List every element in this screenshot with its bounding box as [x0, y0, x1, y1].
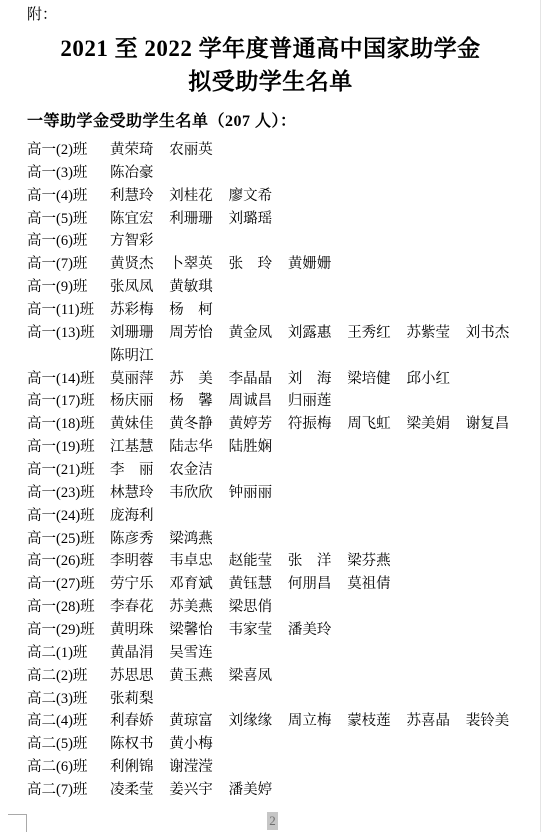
student-name: 苏喜晶 [406, 710, 465, 733]
student-name: 谢滢滢 [169, 756, 228, 779]
class-label: 高一(21)班 [27, 459, 110, 482]
class-label: 高一(19)班 [27, 436, 110, 459]
roster-row: 高一(19)班江基慧陆志华陆胜娴 [27, 436, 532, 459]
student-names: 黄晶涓吴雪连 [110, 642, 532, 665]
student-name: 韦卓忠 [169, 550, 228, 573]
class-label: 高一(14)班 [27, 368, 110, 391]
student-names: 江基慧陆志华陆胜娴 [110, 436, 532, 459]
class-label: 高二(5)班 [27, 733, 110, 756]
text-boundary-corner-mark [8, 814, 27, 832]
title-line-2: 拟受助学生名单 [0, 65, 541, 98]
student-name: 刘 海 [288, 368, 347, 391]
student-name: 韦欣欣 [169, 482, 228, 505]
roster-row: 高二(4)班利春娇黄琼富刘缘缘周立梅蒙枝莲苏喜晶裴铃美 [27, 710, 532, 733]
student-name: 陈宜宏 [110, 208, 169, 231]
student-name: 利珊珊 [169, 208, 228, 231]
page-number: 2 [267, 812, 278, 830]
roster-row: 高一(18)班黄妹佳黄冬静黄婷芳符振梅周飞虹梁美娟谢复昌 [27, 413, 532, 436]
student-name: 黄荣琦 [110, 139, 169, 162]
student-name: 林慧玲 [110, 482, 169, 505]
student-name: 潘美婷 [229, 779, 288, 802]
student-name: 陈冶豪 [110, 162, 169, 185]
student-name: 黄小梅 [169, 733, 228, 756]
roster-row: 高一(26)班李明蓉韦卓忠赵能莹张 洋梁芬燕 [27, 550, 532, 573]
class-label: 高一(26)班 [27, 550, 110, 573]
class-label: 高二(4)班 [27, 710, 110, 733]
class-label: 高一(5)班 [27, 208, 110, 231]
student-names: 刘珊珊周芳怡黄金凤刘露惠王秀红苏紫莹刘书杰陈明江 [110, 322, 532, 368]
student-names: 黄明珠梁馨怡韦家莹潘美玲 [110, 619, 532, 642]
student-name: 莫丽萍 [110, 368, 169, 391]
student-names: 方智彩 [110, 230, 532, 253]
roster-row: 高一(6)班方智彩 [27, 230, 532, 253]
student-names: 苏彩梅杨 柯 [110, 299, 532, 322]
student-name: 利俐锦 [110, 756, 169, 779]
student-name: 吴雪连 [169, 642, 228, 665]
student-name: 黄妹佳 [110, 413, 169, 436]
class-label: 高一(25)班 [27, 528, 110, 551]
roster-row: 高一(13)班刘珊珊周芳怡黄金凤刘露惠王秀红苏紫莹刘书杰陈明江 [27, 322, 532, 368]
class-label: 高一(24)班 [27, 505, 110, 528]
student-name: 杨庆丽 [110, 390, 169, 413]
student-name: 黄晶涓 [110, 642, 169, 665]
student-name: 黄钰慧 [229, 573, 288, 596]
student-name: 梁鸿燕 [169, 528, 228, 551]
student-name: 苏思思 [110, 665, 169, 688]
roster-row: 高二(7)班凌柔莹姜兴宇潘美婷 [27, 779, 532, 802]
student-name: 黄冬静 [169, 413, 228, 436]
roster-row: 高一(29)班黄明珠梁馨怡韦家莹潘美玲 [27, 619, 532, 642]
student-names: 莫丽萍苏 美李晶晶刘 海梁培健邱小红 [110, 368, 532, 391]
class-label: 高二(7)班 [27, 779, 110, 802]
class-label: 高一(2)班 [27, 139, 110, 162]
student-name: 裴铃美 [466, 710, 525, 733]
student-name: 劳宁乐 [110, 573, 169, 596]
student-name: 韦家莹 [229, 619, 288, 642]
student-name: 陈明江 [110, 345, 169, 368]
class-label: 高一(27)班 [27, 573, 110, 596]
student-names: 陈彦秀梁鸿燕 [110, 528, 532, 551]
student-name: 农丽英 [169, 139, 228, 162]
student-name: 利慧玲 [110, 185, 169, 208]
student-name: 苏美燕 [169, 596, 228, 619]
student-name: 黄金凤 [229, 322, 288, 345]
student-name: 刘缘缘 [229, 710, 288, 733]
student-names: 利慧玲刘桂花廖文希 [110, 185, 532, 208]
roster-row: 高一(3)班陈冶豪 [27, 162, 532, 185]
student-name: 蒙枝莲 [347, 710, 406, 733]
student-names: 黄荣琦农丽英 [110, 139, 532, 162]
student-name: 归丽莲 [288, 390, 347, 413]
student-name: 卜翠英 [169, 253, 228, 276]
class-label: 高二(6)班 [27, 756, 110, 779]
student-name: 农金洁 [169, 459, 228, 482]
student-names: 苏思思黄玉燕梁喜凤 [110, 665, 532, 688]
student-name: 方智彩 [110, 230, 169, 253]
class-label: 高一(13)班 [27, 322, 110, 345]
class-label: 高二(2)班 [27, 665, 110, 688]
roster-row: 高一(25)班陈彦秀梁鸿燕 [27, 528, 532, 551]
student-name: 潘美玲 [288, 619, 347, 642]
roster-row: 高一(7)班黄贤杰卜翠英张 玲黄姗姗 [27, 253, 532, 276]
student-name: 廖文希 [229, 185, 288, 208]
document-title: 2021 至 2022 学年度普通高中国家助学金 拟受助学生名单 [0, 32, 541, 98]
student-names: 凌柔莹姜兴宇潘美婷 [110, 779, 532, 802]
student-names: 李 丽农金洁 [110, 459, 532, 482]
student-name: 邓育斌 [169, 573, 228, 596]
roster-row: 高二(5)班陈权书黄小梅 [27, 733, 532, 756]
student-name: 刘露惠 [288, 322, 347, 345]
class-label: 高一(29)班 [27, 619, 110, 642]
roster-row: 高一(21)班李 丽农金洁 [27, 459, 532, 482]
student-names: 黄妹佳黄冬静黄婷芳符振梅周飞虹梁美娟谢复昌 [110, 413, 532, 436]
student-name: 周芳怡 [169, 322, 228, 345]
student-name: 刘桂花 [169, 185, 228, 208]
roster-row: 高一(11)班苏彩梅杨 柯 [27, 299, 532, 322]
student-name: 黄玉燕 [169, 665, 228, 688]
roster-row: 高一(28)班李春花苏美燕梁思俏 [27, 596, 532, 619]
attachment-label: 附： [27, 6, 57, 25]
class-label: 高一(23)班 [27, 482, 110, 505]
student-name: 梁芬燕 [347, 550, 406, 573]
student-names: 林慧玲韦欣欣钟丽丽 [110, 482, 532, 505]
roster-row: 高一(17)班杨庆丽杨 馨周诚昌归丽莲 [27, 390, 532, 413]
student-name: 刘璐瑶 [229, 208, 288, 231]
student-name: 赵能莹 [229, 550, 288, 573]
student-name: 黄婷芳 [229, 413, 288, 436]
student-names: 利俐锦谢滢滢 [110, 756, 532, 779]
class-label: 高一(18)班 [27, 413, 110, 436]
class-label: 高一(11)班 [27, 299, 110, 322]
student-name: 梁美娟 [406, 413, 465, 436]
student-names: 李明蓉韦卓忠赵能莹张 洋梁芬燕 [110, 550, 532, 573]
student-name: 李晶晶 [229, 368, 288, 391]
roster-row: 高一(9)班张凤凤黄敏琪 [27, 276, 532, 299]
class-label: 高一(4)班 [27, 185, 110, 208]
student-names: 杨庆丽杨 馨周诚昌归丽莲 [110, 390, 532, 413]
student-name: 梁培健 [347, 368, 406, 391]
roster-row: 高二(3)班张莉梨 [27, 688, 532, 711]
student-names: 庞海利 [110, 505, 532, 528]
class-label: 高一(9)班 [27, 276, 110, 299]
student-name: 李明蓉 [110, 550, 169, 573]
student-name: 梁喜凤 [229, 665, 288, 688]
roster-row: 高一(14)班莫丽萍苏 美李晶晶刘 海梁培健邱小红 [27, 368, 532, 391]
class-label: 高二(1)班 [27, 642, 110, 665]
student-name: 黄贤杰 [110, 253, 169, 276]
student-name: 张莉梨 [110, 688, 169, 711]
class-label: 高二(3)班 [27, 688, 110, 711]
class-label: 高一(28)班 [27, 596, 110, 619]
student-name: 苏紫莹 [406, 322, 465, 345]
roster-row: 高一(27)班劳宁乐邓育斌黄钰慧何朋昌莫祖倩 [27, 573, 532, 596]
student-name: 邱小红 [406, 368, 465, 391]
class-label: 高一(6)班 [27, 230, 110, 253]
student-names: 陈宜宏利珊珊刘璐瑶 [110, 208, 532, 231]
student-name: 黄明珠 [110, 619, 169, 642]
student-name: 刘珊珊 [110, 322, 169, 345]
student-roster: 高一(2)班黄荣琦农丽英高一(3)班陈冶豪高一(4)班利慧玲刘桂花廖文希高一(5… [27, 139, 532, 802]
student-name: 陆胜娴 [229, 436, 288, 459]
student-name: 李 丽 [110, 459, 169, 482]
title-line-1: 2021 至 2022 学年度普通高中国家助学金 [0, 32, 541, 65]
student-name: 苏 美 [169, 368, 228, 391]
student-names: 张莉梨 [110, 688, 532, 711]
class-label: 高一(7)班 [27, 253, 110, 276]
student-name: 梁思俏 [229, 596, 288, 619]
roster-row: 高一(4)班利慧玲刘桂花廖文希 [27, 185, 532, 208]
class-label: 高一(3)班 [27, 162, 110, 185]
student-name: 陈权书 [110, 733, 169, 756]
student-name: 王秀红 [347, 322, 406, 345]
student-name: 陆志华 [169, 436, 228, 459]
student-names: 李春花苏美燕梁思俏 [110, 596, 532, 619]
section-heading: 一等助学金受助学生名单（207 人）： [27, 108, 297, 131]
student-name: 杨 柯 [169, 299, 228, 322]
student-name: 姜兴宇 [169, 779, 228, 802]
student-name: 谢复昌 [466, 413, 525, 436]
student-name: 钟丽丽 [229, 482, 288, 505]
student-name: 江基慧 [110, 436, 169, 459]
roster-row: 高一(2)班黄荣琦农丽英 [27, 139, 532, 162]
student-name: 李春花 [110, 596, 169, 619]
student-names: 陈冶豪 [110, 162, 532, 185]
student-name: 利春娇 [110, 710, 169, 733]
student-name: 张凤凤 [110, 276, 169, 299]
student-name: 杨 馨 [169, 390, 228, 413]
student-name: 刘书杰 [466, 322, 525, 345]
roster-row: 高一(5)班陈宜宏利珊珊刘璐瑶 [27, 208, 532, 231]
document-page: 附： 2021 至 2022 学年度普通高中国家助学金 拟受助学生名单 一等助学… [0, 0, 541, 832]
student-name: 陈彦秀 [110, 528, 169, 551]
student-name: 张 洋 [288, 550, 347, 573]
student-name: 黄姗姗 [288, 253, 347, 276]
roster-row: 高一(24)班庞海利 [27, 505, 532, 528]
student-name: 莫祖倩 [347, 573, 406, 596]
student-name: 周立梅 [288, 710, 347, 733]
student-name: 符振梅 [288, 413, 347, 436]
student-names: 利春娇黄琼富刘缘缘周立梅蒙枝莲苏喜晶裴铃美 [110, 710, 532, 733]
class-label: 高一(17)班 [27, 390, 110, 413]
student-name: 梁馨怡 [169, 619, 228, 642]
student-names: 劳宁乐邓育斌黄钰慧何朋昌莫祖倩 [110, 573, 532, 596]
student-name: 庞海利 [110, 505, 169, 528]
student-name: 何朋昌 [288, 573, 347, 596]
roster-row: 高一(23)班林慧玲韦欣欣钟丽丽 [27, 482, 532, 505]
student-name: 周诚昌 [229, 390, 288, 413]
student-names: 陈权书黄小梅 [110, 733, 532, 756]
student-names: 黄贤杰卜翠英张 玲黄姗姗 [110, 253, 532, 276]
student-name: 周飞虹 [347, 413, 406, 436]
student-name: 黄敏琪 [169, 276, 228, 299]
roster-row: 高二(1)班黄晶涓吴雪连 [27, 642, 532, 665]
roster-row: 高二(6)班利俐锦谢滢滢 [27, 756, 532, 779]
student-names: 张凤凤黄敏琪 [110, 276, 532, 299]
student-name: 苏彩梅 [110, 299, 169, 322]
student-name: 黄琼富 [169, 710, 228, 733]
roster-row: 高二(2)班苏思思黄玉燕梁喜凤 [27, 665, 532, 688]
student-name: 张 玲 [229, 253, 288, 276]
student-name: 凌柔莹 [110, 779, 169, 802]
